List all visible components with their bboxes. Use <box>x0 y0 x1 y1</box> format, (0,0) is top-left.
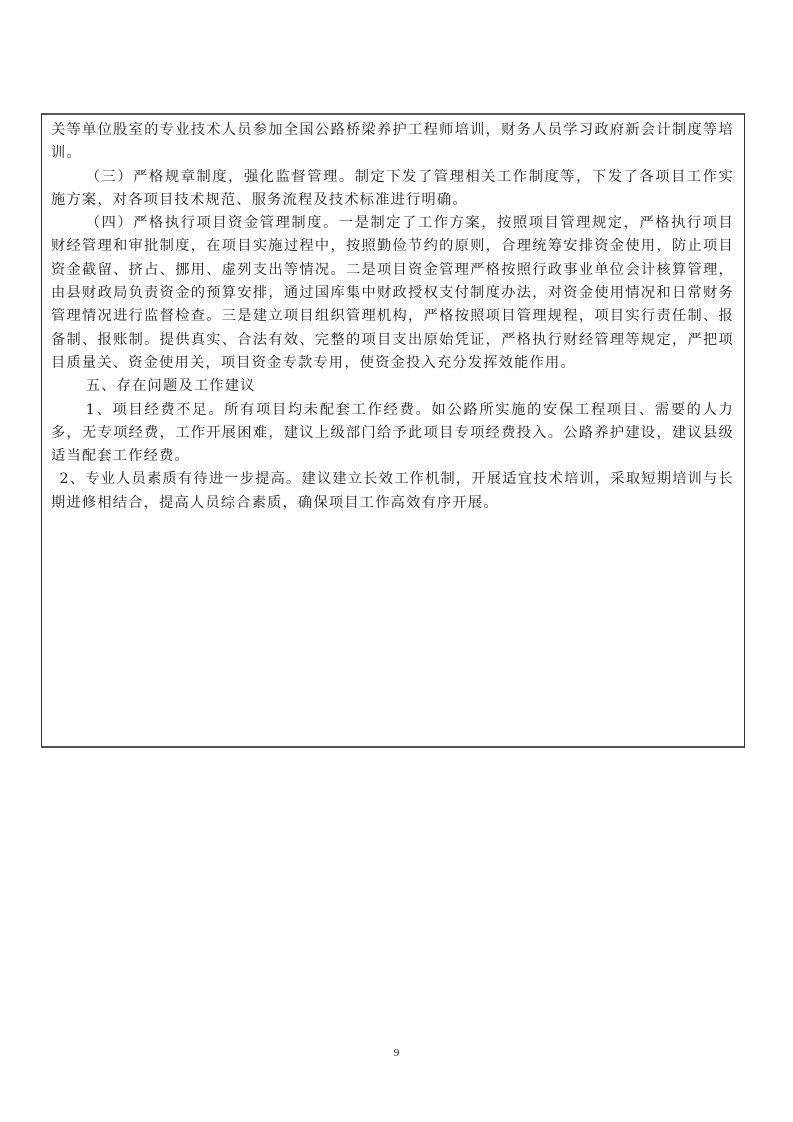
heading-section-5-problems: 五、存在问题及工作建议 <box>51 375 734 398</box>
paragraph-section-3-regulations: （三）严格规章制度，强化监督管理。制定下发了管理相关工作制度等，下发了各项目工作… <box>51 166 734 213</box>
page-number: 9 <box>0 1047 793 1059</box>
paragraph-section-4-fund-management: （四）严格执行项目资金管理制度。一是制定了工作方案，按照项目管理规定，严格执行项… <box>51 212 734 375</box>
paragraph-problem-1-funding: 1、项目经费不足。所有项目均未配套工作经费。如公路所实施的安保工程项目、需要的人… <box>51 399 734 469</box>
paragraph-training: 关等单位股室的专业技术人员参加全国公路桥梁养护工程师培训，财务人员学习政府新会计… <box>51 119 734 166</box>
content-table-cell: 关等单位股室的专业技术人员参加全国公路桥梁养护工程师培训，财务人员学习政府新会计… <box>41 113 745 748</box>
document-page: 关等单位股室的专业技术人员参加全国公路桥梁养护工程师培训，财务人员学习政府新会计… <box>0 0 793 1122</box>
paragraph-problem-2-staff-quality: 2、专业人员素质有待进一步提高。建议建立长效工作机制，开展适宜技术培训，采取短期… <box>51 468 734 515</box>
